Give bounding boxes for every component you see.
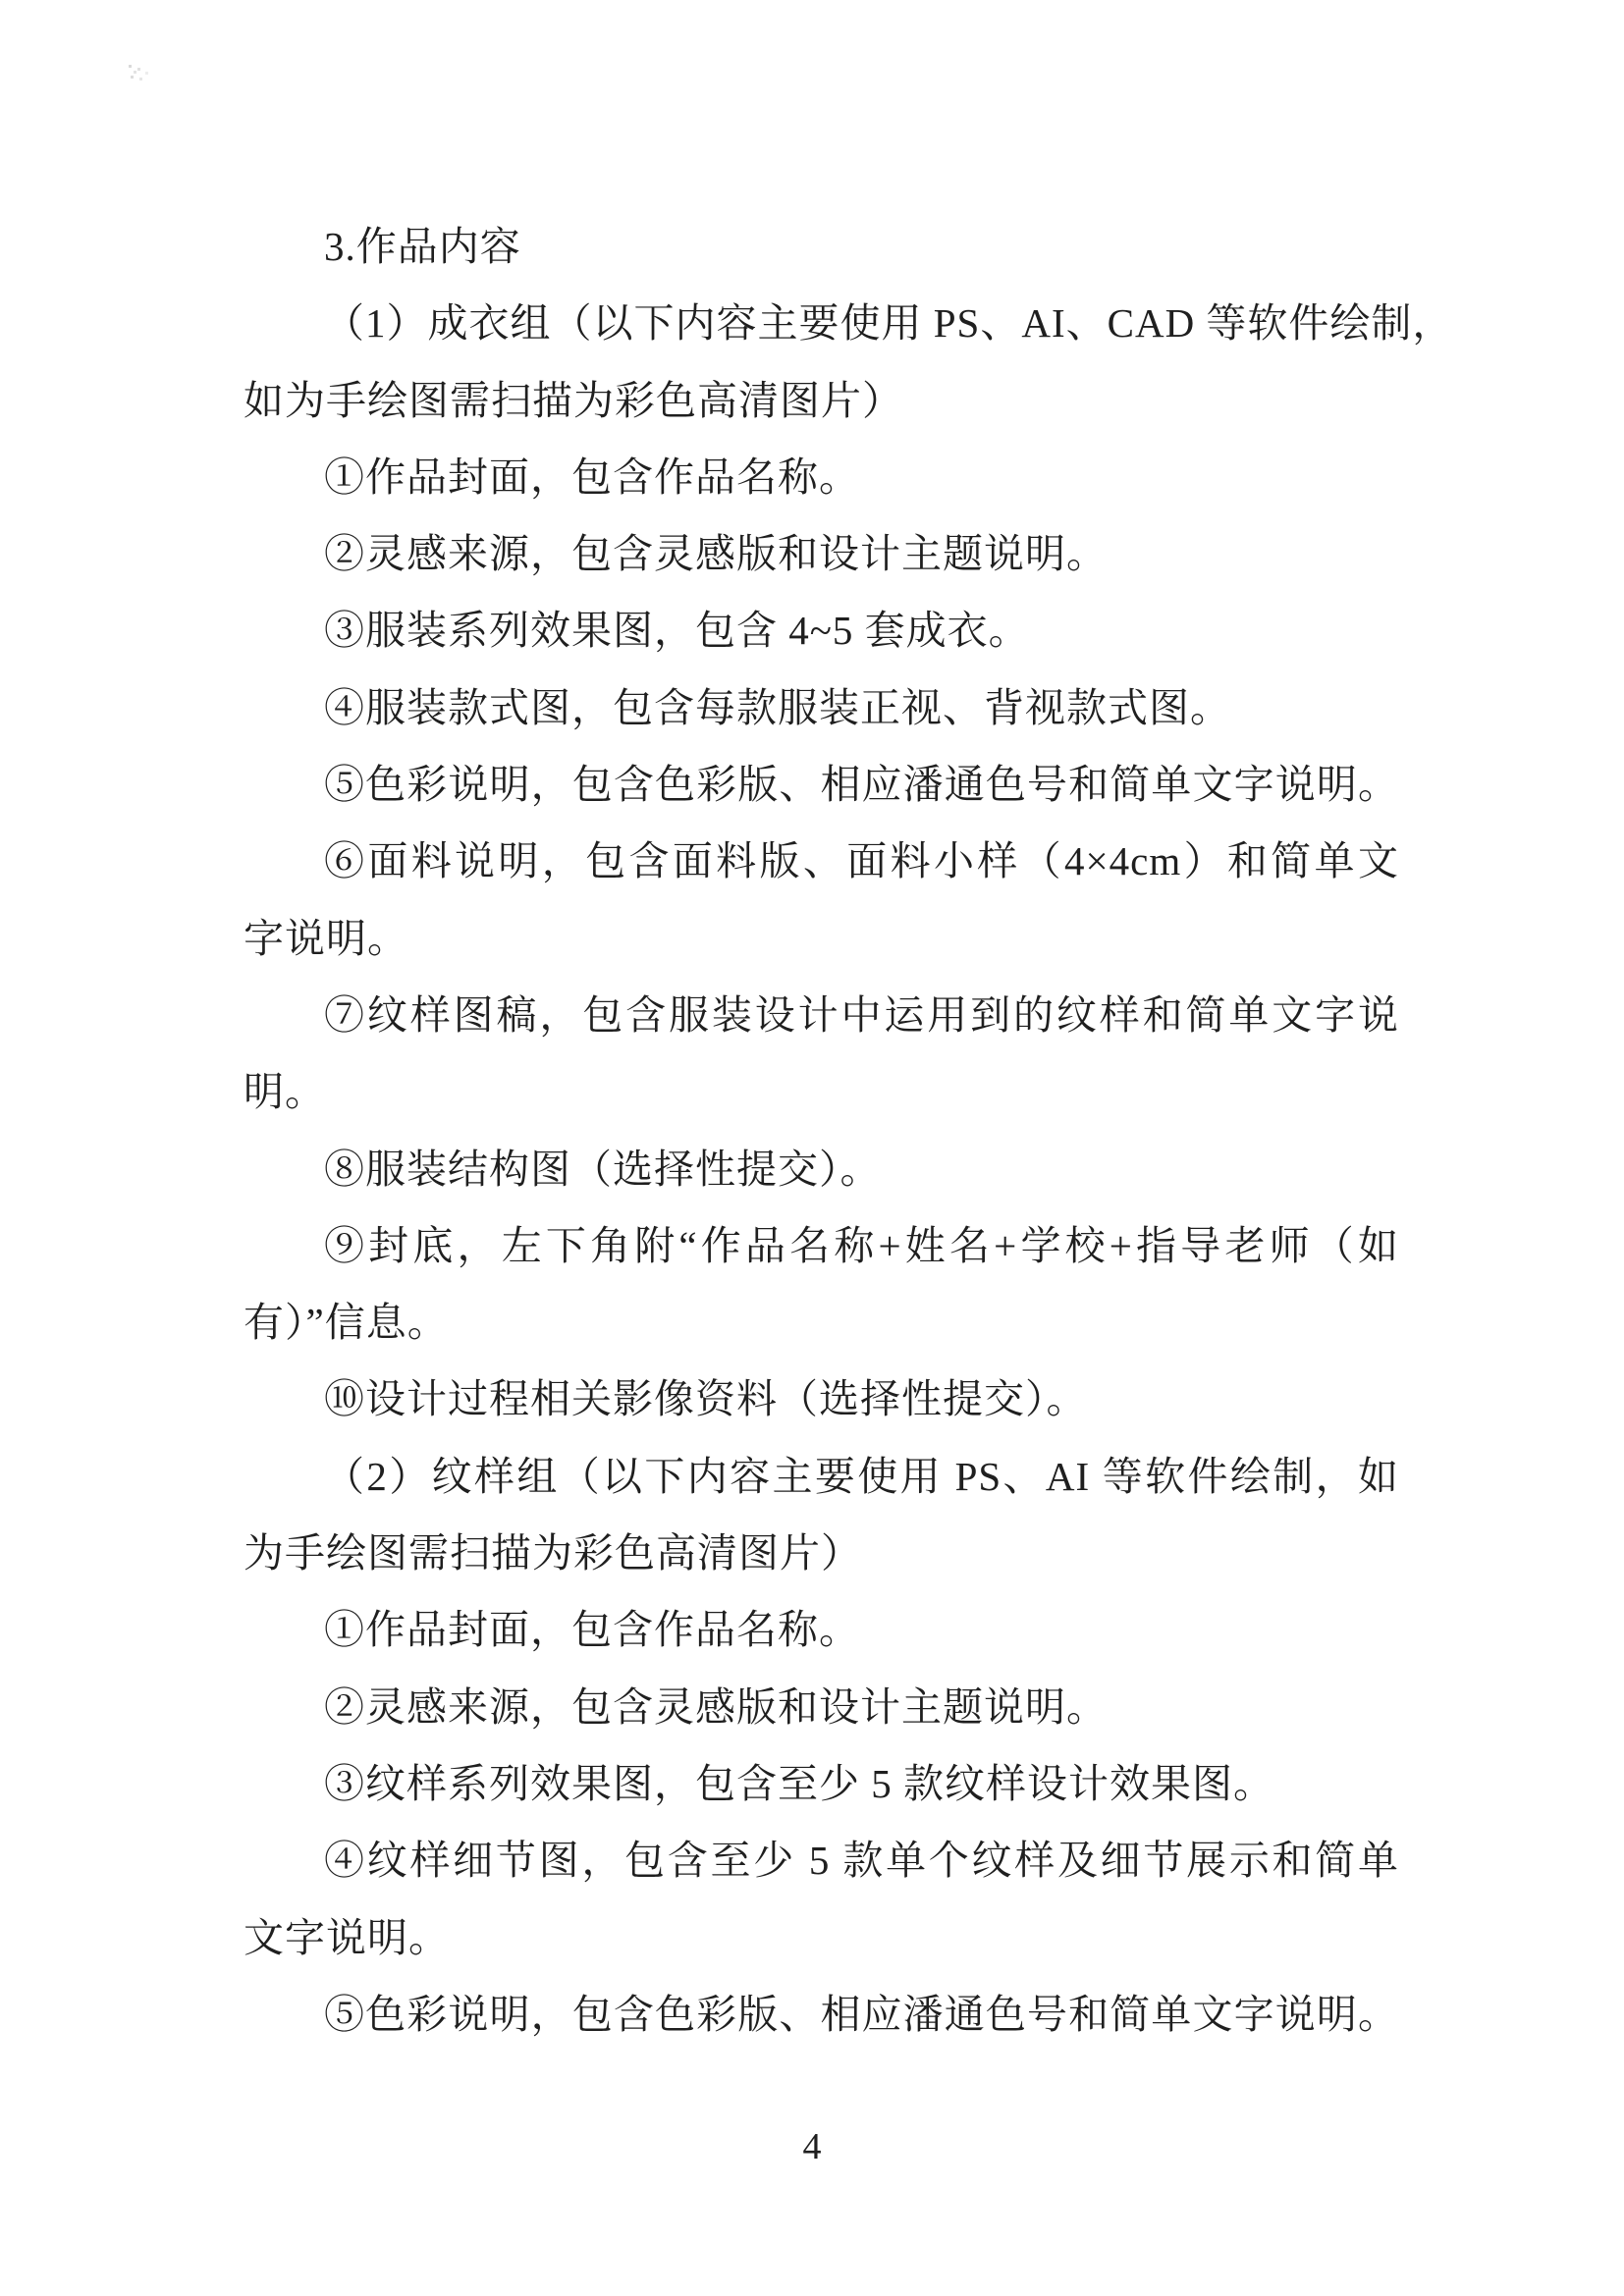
text-line: 有）”信息。 xyxy=(244,1284,1399,1361)
text-line: ⑦纹样图稿，包含服装设计中运用到的纹样和简单文字说 xyxy=(244,977,1399,1053)
document-body: 3.作品内容（1）成衣组（以下内容主要使用 PS、AI、CAD 等软件绘制，如为… xyxy=(244,208,1399,2053)
text-line: 明。 xyxy=(244,1053,1399,1130)
text-line: ④服装款式图，包含每款服装正视、背视款式图。 xyxy=(244,669,1399,746)
text-line: 文字说明。 xyxy=(244,1899,1399,1976)
text-line: 3.作品内容 xyxy=(244,208,1399,285)
text-line: （2）纹样组（以下内容主要使用 PS、AI 等软件绘制，如 xyxy=(244,1438,1399,1515)
text-line: 字说明。 xyxy=(244,900,1399,977)
text-line: ③纹样系列效果图，包含至少 5 款纹样设计效果图。 xyxy=(244,1745,1399,1822)
text-line: 如为手绘图需扫描为彩色高清图片） xyxy=(244,362,1399,439)
page-number: 4 xyxy=(0,2123,1624,2170)
text-line: ④纹样细节图，包含至少 5 款单个纹样及细节展示和简单 xyxy=(244,1822,1399,1898)
text-line: ⑥面料说明，包含面料版、面料小样（4×4cm）和简单文 xyxy=(244,823,1399,899)
text-line: ⑧服装结构图（选择性提交）。 xyxy=(244,1131,1399,1207)
text-line: （1）成衣组（以下内容主要使用 PS、AI、CAD 等软件绘制， xyxy=(244,285,1399,361)
text-line: ③服装系列效果图，包含 4~5 套成衣。 xyxy=(244,592,1399,668)
text-line: ②灵感来源，包含灵感版和设计主题说明。 xyxy=(244,515,1399,592)
text-line: ⑤色彩说明，包含色彩版、相应潘通色号和简单文字说明。 xyxy=(244,746,1399,823)
text-line: ①作品封面，包含作品名称。 xyxy=(244,1591,1399,1668)
text-line: ⑩设计过程相关影像资料（选择性提交）。 xyxy=(244,1361,1399,1437)
document-page: 3.作品内容（1）成衣组（以下内容主要使用 PS、AI、CAD 等软件绘制，如为… xyxy=(0,0,1624,2296)
text-line: ②灵感来源，包含灵感版和设计主题说明。 xyxy=(244,1669,1399,1745)
text-line: ⑨封底，左下角附“作品名称+姓名+学校+指导老师（如 xyxy=(244,1207,1399,1284)
text-line: 为手绘图需扫描为彩色高清图片） xyxy=(244,1515,1399,1591)
scan-smudge-artifact xyxy=(129,65,132,68)
text-line: ①作品封面，包含作品名称。 xyxy=(244,439,1399,515)
text-line: ⑤色彩说明，包含色彩版、相应潘通色号和简单文字说明。 xyxy=(244,1976,1399,2053)
